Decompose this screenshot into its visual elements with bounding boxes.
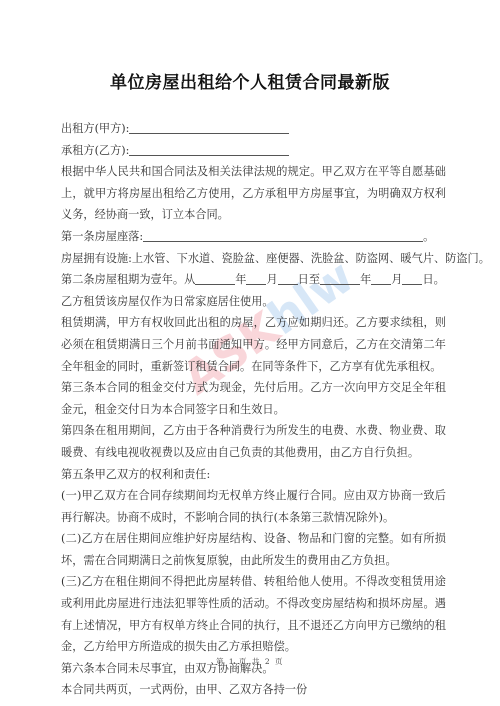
article1-end: 。 (423, 230, 434, 243)
start-year-blank (195, 272, 235, 285)
lessee-blank (129, 143, 289, 156)
page-indicator: 第 1 页 共 2 页 (0, 656, 500, 667)
year-label: 年 (235, 273, 246, 286)
end-day-blank (402, 272, 422, 285)
address-blank (143, 229, 423, 242)
month-label: 月 (266, 273, 277, 286)
lessor-label: 出租方(甲方): (61, 122, 129, 135)
article5-item-2: (二)乙方在居住期间应维护好房屋结构、设备、物品和门窗的完整。如有所损坏，需在合… (61, 528, 446, 571)
day-to-label: 日至 (298, 273, 320, 286)
article5-item-3: (三)乙方在租住期间不得把此房屋转借、转租给他人使用。不得改变租赁用途或利用此房… (61, 571, 446, 657)
article2-prefix: 第二条房屋租期为壹年。从 (61, 273, 195, 286)
article1-label: 第一条房屋座落: (61, 230, 143, 243)
lessee-line: 承租方(乙方): (61, 140, 446, 162)
article3-paragraph: 第三条本合同的租金交付方式为现金，先付后用。乙方一次向甲方交足全年租金元，租金交… (61, 377, 446, 420)
article5-item-1: (一)甲乙双方在合同存续期间均无权单方终止履行合同。应由双方协商一致后再行解决。… (61, 485, 446, 528)
end-month-blank (371, 272, 391, 285)
article4-paragraph: 第四条在租用期间，乙方由于各种消费行为所发生的电费、水费、物业费、取暖费、有线电… (61, 420, 446, 463)
usage-line: 乙方租赁该房屋仅作为日常家庭居住使用。 (61, 291, 446, 313)
start-month-blank (246, 272, 266, 285)
document-title: 单位房屋出租给个人租赁合同最新版 (0, 68, 500, 93)
lessee-label: 承租方(乙方): (61, 144, 129, 157)
document-page: ASKhlw 单位房屋出租给个人租赁合同最新版 出租方(甲方): 承租方(乙方)… (0, 0, 500, 706)
lessor-line: 出租方(甲方): (61, 118, 446, 140)
month-label: 月 (391, 273, 402, 286)
copies-line: 本合同共两页，一式两份，由甲、乙双方各持一份 (61, 679, 446, 701)
day-label: 日。 (422, 273, 444, 286)
document-body: 出租方(甲方): 承租方(乙方): 根据中华人民共和国合同法及相关法律法规的规定… (61, 118, 446, 701)
facilities-line: 房屋拥有设施:上水管、下水道、瓷脸盆、座便器、洗脸盆、防盗网、暖气片、防盗门。 (61, 248, 446, 270)
article1-line: 第一条房屋座落:。 (61, 226, 446, 248)
article2-line: 第二条房屋租期为壹年。从年月日至年月日。 (61, 269, 446, 291)
renewal-paragraph: 租赁期满，甲方有权收回此出租的房屋，乙方应如期归还。乙方要求续租，则必须在租赁期… (61, 312, 446, 377)
article5-heading: 第五条甲乙双方的权利和责任: (61, 464, 446, 486)
year-label: 年 (360, 273, 371, 286)
end-year-blank (320, 272, 360, 285)
start-day-blank (278, 272, 298, 285)
lessor-blank (129, 121, 289, 134)
preamble-paragraph: 根据中华人民共和国合同法及相关法律法规的规定。甲乙双方在平等自愿基础上，就甲方将… (61, 161, 446, 226)
